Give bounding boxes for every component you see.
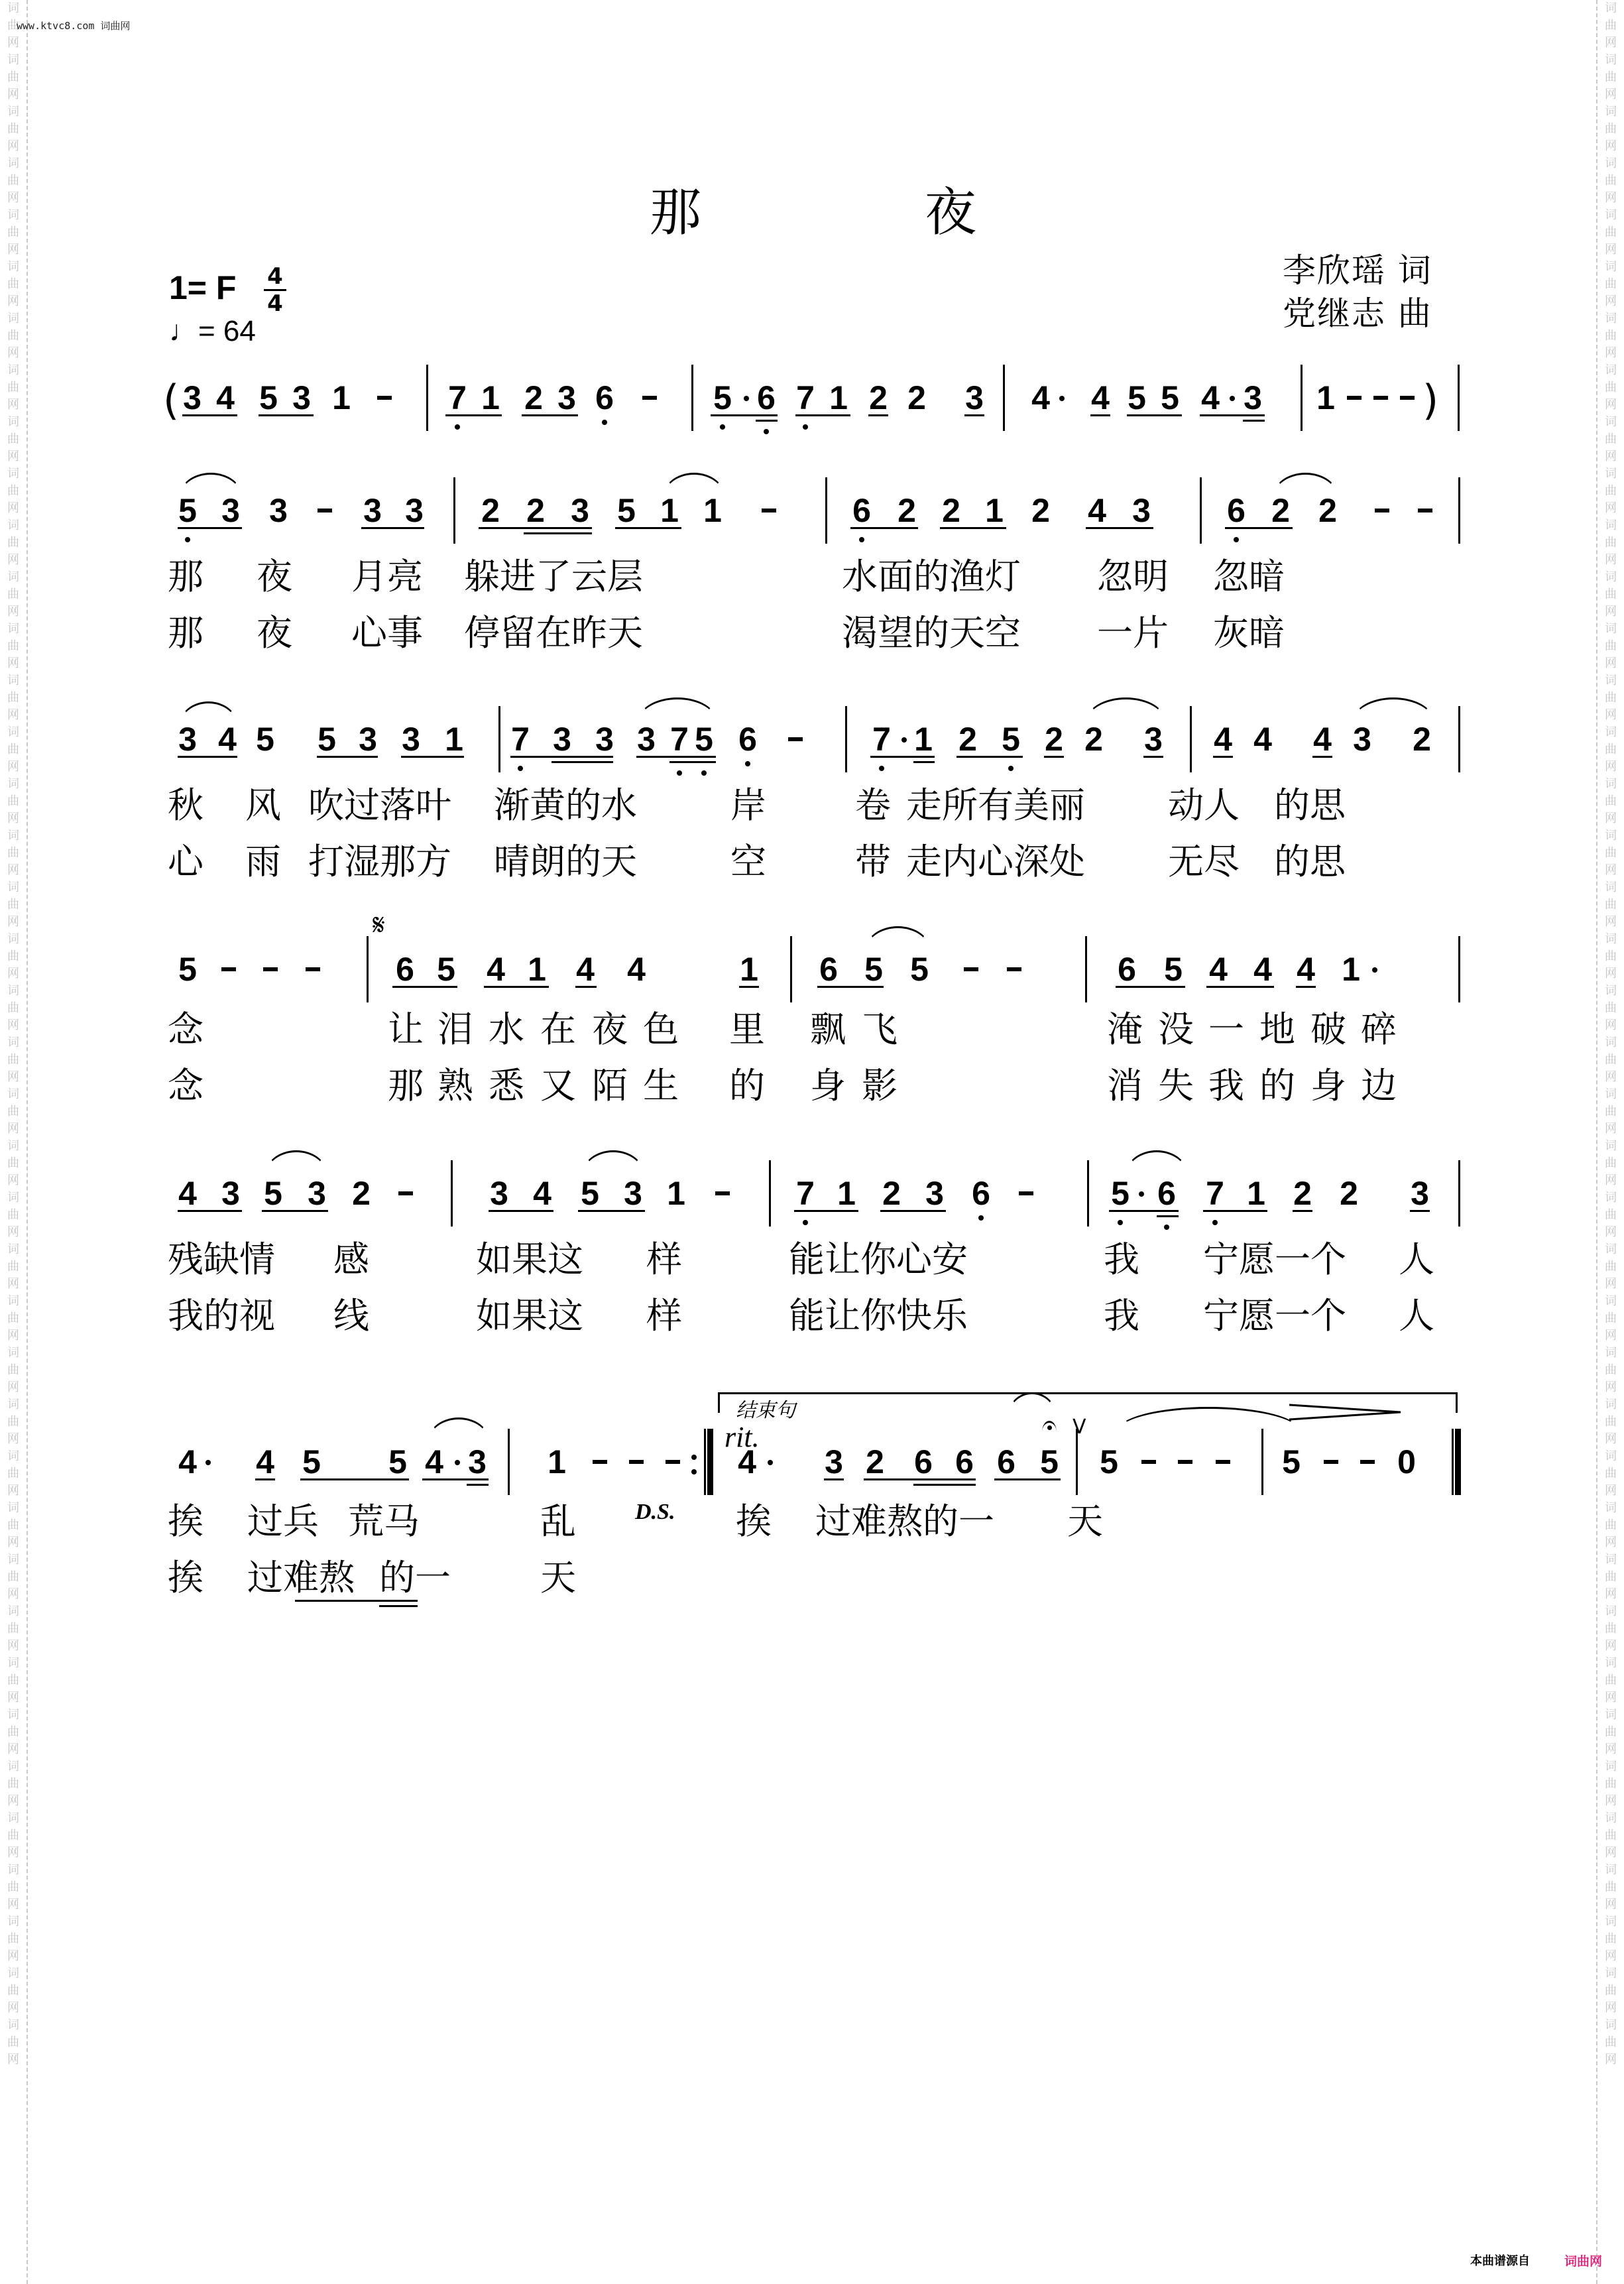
note: 5 xyxy=(178,953,197,986)
octave-dot-below xyxy=(677,770,682,776)
note: 2 xyxy=(1318,494,1337,527)
note: 2 xyxy=(352,1177,371,1210)
lyric-syllables: 忽明 xyxy=(1097,557,1169,597)
ritardando-marking: rit. xyxy=(725,1420,760,1454)
note: 4 xyxy=(1201,381,1220,414)
octave-dot-below xyxy=(1164,1225,1169,1230)
note: 4 xyxy=(1313,723,1332,756)
note: 5 xyxy=(1040,1445,1059,1478)
bar-line xyxy=(508,1429,510,1495)
beam-underline xyxy=(1213,756,1233,758)
lyric-syllables: 过难熬的一 xyxy=(815,1502,994,1541)
note: 3 xyxy=(595,723,614,756)
note: 7 xyxy=(872,723,891,756)
lyric-syllables: 淹 xyxy=(1107,1010,1143,1050)
note: 4 xyxy=(178,1445,197,1478)
slur-tie xyxy=(179,701,238,726)
beam-underline xyxy=(522,414,578,416)
bar-line xyxy=(1261,1429,1263,1495)
note: 1 xyxy=(829,381,848,414)
note-extension-dash xyxy=(964,967,978,971)
note: 1 xyxy=(703,494,722,527)
right-watermark-strip: 词曲网词曲网词曲网词曲网词曲网词曲网词曲网词曲网词曲网词曲网词曲网词曲网词曲网词… xyxy=(1596,0,1624,2284)
note: 1 xyxy=(1342,953,1360,986)
note: 3 xyxy=(308,1177,326,1210)
lyric-syllables: 夜 xyxy=(257,557,292,597)
beam-underline xyxy=(510,756,613,758)
bar-line xyxy=(1458,936,1460,1002)
note: 4 xyxy=(576,953,595,986)
beam-underline xyxy=(739,986,759,988)
note: 2 xyxy=(869,381,888,414)
note: 7 xyxy=(796,381,815,414)
beam-underline xyxy=(940,527,1006,529)
note: 2 xyxy=(882,1177,901,1210)
note: 4 xyxy=(1253,953,1272,986)
augmentation-dot xyxy=(455,1460,460,1465)
lyric-syllables: 过难熬 xyxy=(247,1558,355,1598)
beam-underline xyxy=(392,986,457,988)
footer-source-label: 本曲谱源自 xyxy=(1470,2252,1530,2269)
note: 5 xyxy=(617,494,636,527)
note-extension-dash xyxy=(1141,1460,1156,1464)
beam-underline xyxy=(1225,527,1293,529)
note: 0 xyxy=(1397,1445,1416,1478)
lyric-syllables: 身 xyxy=(1310,1066,1346,1106)
note: 5 xyxy=(1128,381,1146,414)
note-extension-dash xyxy=(318,509,332,512)
note: 1 xyxy=(481,381,500,414)
lyric-syllables: 地 xyxy=(1259,1010,1295,1050)
note: 5 xyxy=(302,1445,321,1478)
lyric-syllables: 一 xyxy=(1208,1010,1244,1050)
lyric-syllables: 的 xyxy=(1259,1066,1295,1106)
note: 1 xyxy=(740,953,758,986)
lyric-syllables: 的一 xyxy=(379,1558,451,1598)
time-signature-top: 4 xyxy=(264,265,286,288)
note-extension-dash xyxy=(398,1191,413,1195)
note: 5 xyxy=(318,723,336,756)
note: 3 xyxy=(557,381,576,414)
beam-underline xyxy=(880,1210,946,1212)
lyric-syllables: 色 xyxy=(643,1010,679,1050)
beam-underline xyxy=(794,1210,858,1212)
octave-dot-below xyxy=(602,420,607,425)
lyric-melisma-underline xyxy=(379,1605,418,1607)
note-extension-dash xyxy=(1400,396,1415,400)
lyric-syllables: 水面的渔灯 xyxy=(842,557,1021,597)
note: 1 xyxy=(985,494,1004,527)
note: 2 xyxy=(907,381,926,414)
note: 6 xyxy=(852,494,871,527)
note-extension-dash xyxy=(306,967,320,971)
beam-underline xyxy=(262,1210,328,1212)
beam-underline xyxy=(178,527,242,529)
note-extension-dash xyxy=(1324,1460,1338,1464)
note: 4 xyxy=(216,381,235,414)
time-signature-bottom: 4 xyxy=(264,292,286,315)
lyric-syllables: 挨 xyxy=(168,1502,203,1541)
slur-tie xyxy=(428,1417,490,1442)
octave-dot-below xyxy=(764,429,769,434)
note: 2 xyxy=(481,494,500,527)
bar-line xyxy=(1458,706,1460,772)
beam-underline xyxy=(401,756,464,758)
beam-underline xyxy=(913,1484,976,1486)
slur-tie xyxy=(179,473,243,497)
beam-underline xyxy=(1090,414,1110,416)
slur-tie xyxy=(1126,1150,1188,1175)
lyric-syllables: 如果这 xyxy=(476,1240,583,1280)
note: 5 xyxy=(1002,723,1020,756)
note: 3 xyxy=(925,1177,944,1210)
lyric-syllables: 卷 xyxy=(855,786,891,825)
slur-tie xyxy=(865,926,931,951)
lyric-syllables: 我 xyxy=(1104,1240,1139,1280)
lyric-syllables: 如果这 xyxy=(476,1296,583,1336)
slur-tie xyxy=(1273,473,1338,497)
note: 5 xyxy=(910,953,929,986)
beam-underline xyxy=(524,532,592,534)
note: 5 xyxy=(388,1445,407,1478)
beam-underline xyxy=(1127,414,1182,416)
lyric-syllables: 空 xyxy=(730,842,766,882)
slur-tie xyxy=(265,1150,327,1175)
dal-segno-marking: D.S. xyxy=(635,1500,675,1525)
note: 3 xyxy=(178,723,197,756)
bar-line xyxy=(1458,365,1460,431)
beam-underline xyxy=(817,986,884,988)
lyric-melisma-underline xyxy=(295,1600,418,1602)
note: 2 xyxy=(1045,723,1063,756)
note: 1 xyxy=(660,494,679,527)
note: 2 xyxy=(942,494,960,527)
bar-line xyxy=(691,365,693,431)
lyric-syllables: 那 xyxy=(168,613,203,653)
beam-underline xyxy=(795,414,850,416)
bar-line xyxy=(1458,477,1460,544)
note: 3 xyxy=(363,494,382,527)
note: 2 xyxy=(1413,723,1431,756)
lyric-syllables: 的思 xyxy=(1274,842,1346,882)
octave-dot-below xyxy=(1118,1220,1123,1225)
augmentation-dot xyxy=(768,1460,773,1465)
octave-dot-below xyxy=(1008,766,1014,771)
slur-tie xyxy=(638,697,717,722)
note: 1 xyxy=(548,1445,566,1478)
note: 5 xyxy=(695,723,713,756)
note: 4 xyxy=(1088,494,1106,527)
time-signature: 4 4 xyxy=(264,265,286,315)
augmentation-dot xyxy=(1230,396,1235,401)
note: 4 xyxy=(1209,953,1228,986)
note: 7 xyxy=(511,723,530,756)
note: 3 xyxy=(221,494,240,527)
note: 5 xyxy=(256,723,274,756)
lyric-syllables: 消 xyxy=(1107,1066,1143,1106)
site-header: www.ktvc8.com 词曲网 xyxy=(17,19,130,32)
augmentation-dot xyxy=(1059,396,1065,401)
lyric-syllables: 我 xyxy=(1208,1066,1244,1106)
beam-underline xyxy=(445,414,502,416)
beam-underline xyxy=(578,1210,645,1212)
lyric-syllables: 的 xyxy=(729,1066,765,1106)
lyric-syllables: 天 xyxy=(1067,1502,1103,1541)
note: 4 xyxy=(487,953,505,986)
octave-dot-below xyxy=(518,766,523,771)
lyric-syllables: 挨 xyxy=(168,1558,203,1598)
composer-credit: 党继志 曲 xyxy=(1283,287,1432,335)
octave-dot-below xyxy=(859,537,864,542)
note: 2 xyxy=(1031,494,1050,527)
note: 5 xyxy=(264,1177,282,1210)
beam-underline xyxy=(1143,756,1163,758)
beam-underline xyxy=(1203,1210,1267,1212)
beam-underline xyxy=(870,756,935,758)
note: 2 xyxy=(1084,723,1103,756)
fermata-icon xyxy=(1042,1421,1057,1432)
note: 2 xyxy=(898,494,916,527)
beam-underline xyxy=(300,1478,409,1480)
left-watermark-strip: 词曲网词曲网词曲网词曲网词曲网词曲网词曲网词曲网词曲网词曲网词曲网词曲网词曲网词… xyxy=(0,0,28,2284)
lyric-syllables: 飞 xyxy=(862,1010,898,1050)
beam-underline xyxy=(317,756,378,758)
beam-underline xyxy=(361,527,424,529)
lyric-syllables: 生 xyxy=(643,1066,679,1106)
note: 3 xyxy=(269,494,288,527)
note: 6 xyxy=(972,1177,990,1210)
octave-dot-below xyxy=(1234,537,1239,542)
note: 5 xyxy=(1161,381,1179,414)
beam-underline xyxy=(467,1484,489,1486)
note: 6 xyxy=(819,953,838,986)
octave-dot-below xyxy=(185,537,190,542)
lyric-syllables: 线 xyxy=(333,1296,369,1336)
beam-underline xyxy=(178,756,237,758)
note: 2 xyxy=(866,1445,884,1478)
bar-line xyxy=(1200,477,1202,544)
lyric-syllables: 带 xyxy=(855,842,891,882)
lyric-syllables: 失 xyxy=(1158,1066,1194,1106)
note: 3 xyxy=(965,381,984,414)
note-extension-dash xyxy=(1347,396,1362,400)
note: 4 xyxy=(256,1445,274,1478)
lyric-syllables: 走内心深处 xyxy=(906,842,1085,882)
beam-underline xyxy=(864,1478,976,1480)
bar-line xyxy=(845,706,847,772)
lyric-syllables: 样 xyxy=(646,1240,682,1280)
note-extension-dash xyxy=(1019,1191,1033,1195)
beam-underline xyxy=(1312,756,1332,758)
note: 3 xyxy=(402,723,420,756)
augmentation-dot xyxy=(205,1460,211,1465)
note: 3 xyxy=(292,381,311,414)
lyric-syllables: 月亮 xyxy=(351,557,423,597)
note: 4 xyxy=(178,1177,197,1210)
segno-icon: 𝄋 xyxy=(373,908,385,942)
lyric-syllables: 走所有美丽 xyxy=(906,786,1085,825)
note: 4 xyxy=(1297,953,1315,986)
watermark-text: 词曲网词曲网词曲网词曲网词曲网词曲网词曲网词曲网词曲网词曲网词曲网词曲网词曲网词… xyxy=(3,0,24,2069)
note: 4 xyxy=(1253,723,1272,756)
lyric-syllables: 陌 xyxy=(592,1066,628,1106)
octave-dot-below xyxy=(455,424,460,430)
lyric-syllables: 能让你快乐 xyxy=(789,1296,968,1336)
note: 1 xyxy=(1247,1177,1265,1210)
lyric-syllables: 里 xyxy=(729,1010,765,1050)
note-extension-dash xyxy=(762,509,776,512)
note-extension-dash xyxy=(788,737,803,741)
lyric-syllables: 宁愿一个 xyxy=(1203,1240,1346,1280)
key-signature: 1= F xyxy=(169,269,236,307)
note: 6 xyxy=(738,723,757,756)
lyric-syllables: 过兵 xyxy=(247,1502,319,1541)
augmentation-dot xyxy=(744,396,749,401)
beam-underline xyxy=(1200,414,1265,416)
song-title-char-2: 夜 xyxy=(925,171,976,245)
note: 6 xyxy=(757,381,776,414)
note-extension-dash xyxy=(1418,509,1432,512)
note: 1 xyxy=(1316,381,1335,414)
lyric-syllables: 一片 xyxy=(1097,613,1169,653)
bar-line xyxy=(769,1160,771,1227)
beam-underline xyxy=(1086,527,1153,529)
lyric-syllables: 动人 xyxy=(1168,786,1240,825)
bar-line xyxy=(1003,365,1005,431)
lyric-syllables: 又 xyxy=(540,1066,576,1106)
bar-line xyxy=(426,365,428,431)
note: 3 xyxy=(359,723,377,756)
beam-underline xyxy=(615,527,681,529)
note: 4 xyxy=(1091,381,1110,414)
note: 3 xyxy=(624,1177,642,1210)
repeat-sign-dots xyxy=(691,1452,697,1477)
note: 6 xyxy=(396,953,414,986)
note: 2 xyxy=(524,381,543,414)
slur-tie xyxy=(663,473,725,497)
lyric-syllables: 让 xyxy=(388,1010,424,1050)
bar-line xyxy=(790,936,792,1002)
lyric-syllables: 渐黄的水 xyxy=(494,786,637,825)
beam-underline xyxy=(669,761,716,763)
note-extension-dash xyxy=(377,396,392,400)
beam-underline xyxy=(868,414,888,416)
note: 2 xyxy=(958,723,977,756)
double-bar-line xyxy=(704,1429,713,1495)
beam-underline xyxy=(178,1210,242,1212)
octave-dot-below xyxy=(803,424,808,430)
note-extension-dash xyxy=(1375,509,1389,512)
lyric-syllables: 没 xyxy=(1158,1010,1194,1050)
lyric-syllables: 在 xyxy=(540,1010,576,1050)
beam-underline xyxy=(479,527,592,529)
beam-underline xyxy=(1293,1210,1312,1212)
lyric-syllables: 样 xyxy=(646,1296,682,1336)
lyric-syllables: 的思 xyxy=(1274,786,1346,825)
lyric-syllables: 岸 xyxy=(730,786,766,825)
note: 3 xyxy=(1132,494,1151,527)
beam-underline xyxy=(913,761,935,763)
note: 2 xyxy=(1293,1177,1312,1210)
lyric-syllables: 我的视 xyxy=(168,1296,275,1336)
note: 5 xyxy=(864,953,883,986)
lyric-syllables: 吹过落叶 xyxy=(308,786,451,825)
note: 3 xyxy=(221,1177,240,1210)
note: 4 xyxy=(218,723,237,756)
note-extension-dash xyxy=(263,967,278,971)
lyric-syllables: 心事 xyxy=(351,613,423,653)
lyric-syllables: 我 xyxy=(1104,1296,1139,1336)
note: 6 xyxy=(955,1445,974,1478)
augmentation-dot xyxy=(1139,1191,1144,1197)
beam-underline xyxy=(1044,756,1064,758)
ending-bracket xyxy=(718,1392,1458,1413)
bar-line xyxy=(1458,1160,1460,1227)
note-extension-dash xyxy=(1360,1460,1375,1464)
beam-underline xyxy=(575,986,597,988)
octave-dot-below xyxy=(978,1215,984,1221)
lyric-syllables: 念 xyxy=(168,1066,203,1106)
note: 5 xyxy=(259,381,278,414)
lyric-syllables: 风 xyxy=(245,786,281,825)
breath-mark-icon: V xyxy=(1073,1415,1086,1439)
note-extension-dash xyxy=(593,1460,607,1464)
note: 5 xyxy=(581,1177,599,1210)
lyric-syllables: 挨 xyxy=(736,1502,772,1541)
beam-underline xyxy=(1243,420,1265,422)
octave-dot-below xyxy=(1212,1220,1218,1225)
song-title-char-1: 那 xyxy=(650,171,701,245)
lyric-syllables: 那 xyxy=(168,557,203,597)
ending-label: 结束句 xyxy=(736,1394,795,1423)
note: 6 xyxy=(997,1445,1015,1478)
note: 3 xyxy=(553,723,571,756)
bar-line xyxy=(1076,1429,1078,1495)
lyric-syllables: 忽暗 xyxy=(1213,557,1285,597)
lyric-syllables: 悉 xyxy=(489,1066,524,1106)
beam-underline xyxy=(756,420,778,422)
note: 2 xyxy=(526,494,545,527)
beam-underline xyxy=(1206,986,1274,988)
lyric-syllables: 水 xyxy=(489,1010,524,1050)
beam-underline xyxy=(636,756,716,758)
note: 6 xyxy=(914,1445,933,1478)
octave-dot-below xyxy=(803,1220,808,1225)
lyric-syllables: 停留在昨天 xyxy=(464,613,643,653)
slur-tie xyxy=(1086,697,1166,722)
beam-underline xyxy=(964,414,984,416)
note: 5 xyxy=(1100,1445,1118,1478)
footer-site-link[interactable]: 词曲网 xyxy=(1564,2252,1602,2269)
note: 3 xyxy=(825,1445,843,1478)
slur-tie xyxy=(582,1150,644,1175)
lyric-syllables: 无尽 xyxy=(1168,842,1240,882)
note: 2 xyxy=(1340,1177,1358,1210)
lyric-syllables: 秋 xyxy=(168,786,203,825)
bar-line xyxy=(1301,365,1303,431)
note: 4 xyxy=(1214,723,1232,756)
watermark-text: 词曲网词曲网词曲网词曲网词曲网词曲网词曲网词曲网词曲网词曲网词曲网词曲网词曲网词… xyxy=(1600,0,1621,2069)
lyric-syllables: 碎 xyxy=(1361,1010,1397,1050)
note: 5 xyxy=(178,494,197,527)
beam-underline xyxy=(1157,1215,1179,1217)
note: 3 xyxy=(183,381,202,414)
octave-dot-below xyxy=(879,766,884,771)
note: 1 xyxy=(528,953,546,986)
lyric-syllables: 熟 xyxy=(437,1066,473,1106)
augmentation-dot xyxy=(901,737,907,743)
beam-underline xyxy=(259,414,314,416)
